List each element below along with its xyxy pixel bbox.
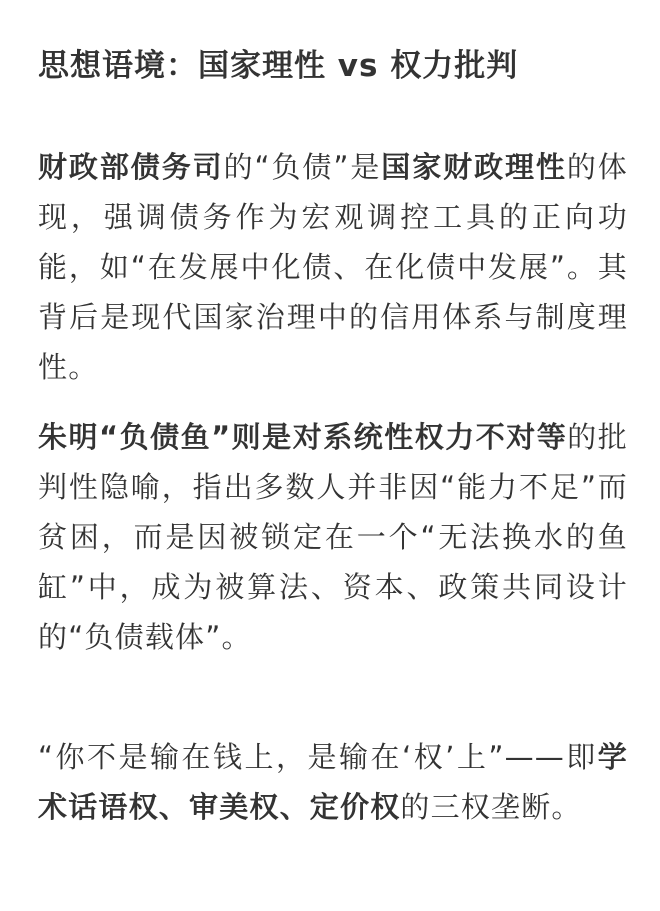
paragraph-three-powers: “你不是输在钱上，是输在‘权’上”——即学术话语权、审美权、定价权的三权垄断。 (38, 732, 628, 832)
body-text: 的“负债”是 (224, 150, 382, 184)
body-text: “你不是输在钱上，是输在‘权’上”——即 (38, 740, 598, 774)
section-title: 思想语境：国家理性 vs 权力批判 (38, 40, 518, 85)
bold-text: 朱明“负债鱼”则是对系统性权力不对等 (38, 420, 567, 454)
paragraph-power-critique: 朱明“负债鱼”则是对系统性权力不对等的批判性隐喻，指出多数人并非因“能力不足”而… (38, 412, 628, 662)
article-page: 思想语境：国家理性 vs 权力批判 财政部债务司的“负债”是国家财政理性的体现，… (0, 0, 660, 911)
paragraph-state-rationality: 财政部债务司的“负债”是国家财政理性的体现，强调债务作为宏观调控工具的正向功能，… (38, 142, 628, 392)
body-text: 的三权垄断。 (400, 790, 581, 824)
body-text: 的体现，强调债务作为宏观调控工具的正向功能，如“在发展中化债、在化债中发展”。其… (38, 150, 628, 384)
body-text: 的批判性隐喻，指出多数人并非因“能力不足”而贫困，而是因被锁定在一个“无法换水的… (38, 420, 628, 654)
bold-text: 财政部债务司 (38, 150, 224, 184)
bold-text: 国家财政理性 (381, 150, 567, 184)
